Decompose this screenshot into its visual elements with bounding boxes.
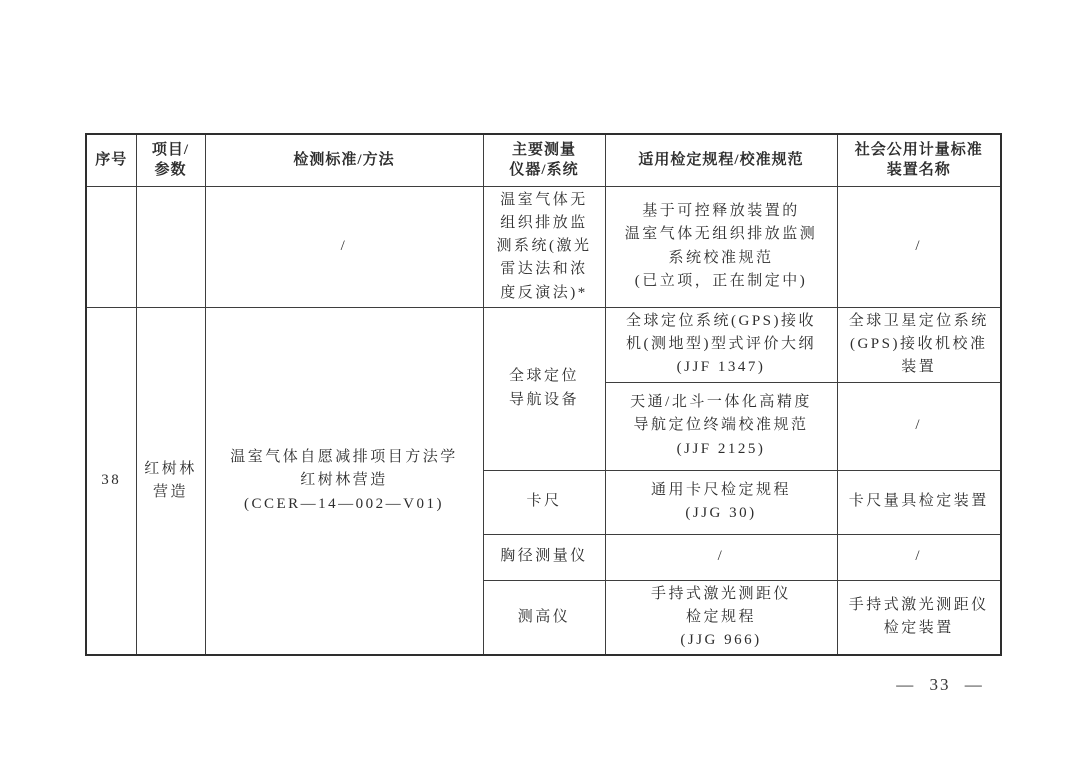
cell-prev-no xyxy=(86,186,136,307)
calibration-standards-table: 序号 项目/ 参数 检测标准/方法 主要测量 仪器/系统 适用检定规程/校准规范… xyxy=(85,133,1002,656)
header-cell-item: 项目/ 参数 xyxy=(136,134,205,186)
table-row-38-gps-a: 38 红树林 营造 温室气体自愿减排项目方法学 红树林营造 (CCER—14—0… xyxy=(86,307,1001,382)
header-cell-standard: 检测标准/方法 xyxy=(205,134,483,186)
header-cell-regulation: 适用检定规程/校准规范 xyxy=(605,134,837,186)
cell-38-regulation-diameter: / xyxy=(605,534,837,580)
cell-38-device-gps-b: / xyxy=(837,382,1001,470)
cell-38-instrument-diameter: 胸径测量仪 xyxy=(483,534,605,580)
table-row-prev-continuation: / 温室气体无 组织排放监 测系统(激光 雷达法和浓 度反演法)* 基于可控释放… xyxy=(86,186,1001,307)
cell-38-instrument-height: 测高仪 xyxy=(483,580,605,655)
cell-prev-instrument: 温室气体无 组织排放监 测系统(激光 雷达法和浓 度反演法)* xyxy=(483,186,605,307)
cell-38-regulation-gps-a: 全球定位系统(GPS)接收 机(测地型)型式评价大纲 (JJF 1347) xyxy=(605,307,837,382)
cell-38-device-height: 手持式激光测距仪 检定装置 xyxy=(837,580,1001,655)
header-cell-no: 序号 xyxy=(86,134,136,186)
cell-38-standard: 温室气体自愿减排项目方法学 红树林营造 (CCER—14—002—V01) xyxy=(205,307,483,655)
table-header-row: 序号 项目/ 参数 检测标准/方法 主要测量 仪器/系统 适用检定规程/校准规范… xyxy=(86,134,1001,186)
header-cell-device: 社会公用计量标准 装置名称 xyxy=(837,134,1001,186)
cell-38-device-diameter: / xyxy=(837,534,1001,580)
page-number: — 33 — xyxy=(875,675,1005,695)
cell-38-regulation-gps-b: 天通/北斗一体化高精度 导航定位终端校准规范 (JJF 2125) xyxy=(605,382,837,470)
cell-prev-item xyxy=(136,186,205,307)
cell-prev-regulation: 基于可控释放装置的 温室气体无组织排放监测 系统校准规范 (已立项，正在制定中) xyxy=(605,186,837,307)
cell-38-instrument-caliper: 卡尺 xyxy=(483,470,605,534)
cell-prev-device: / xyxy=(837,186,1001,307)
cell-38-regulation-caliper: 通用卡尺检定规程 (JJG 30) xyxy=(605,470,837,534)
cell-38-regulation-height: 手持式激光测距仪 检定规程 (JJG 966) xyxy=(605,580,837,655)
cell-38-item: 红树林 营造 xyxy=(136,307,205,655)
header-cell-instrument: 主要测量 仪器/系统 xyxy=(483,134,605,186)
cell-38-instrument-gps: 全球定位 导航设备 xyxy=(483,307,605,470)
cell-prev-standard: / xyxy=(205,186,483,307)
cell-38-device-caliper: 卡尺量具检定装置 xyxy=(837,470,1001,534)
document-page: 序号 项目/ 参数 检测标准/方法 主要测量 仪器/系统 适用检定规程/校准规范… xyxy=(0,0,1080,779)
cell-38-device-gps-a: 全球卫星定位系统 (GPS)接收机校准 装置 xyxy=(837,307,1001,382)
cell-38-no: 38 xyxy=(86,307,136,655)
